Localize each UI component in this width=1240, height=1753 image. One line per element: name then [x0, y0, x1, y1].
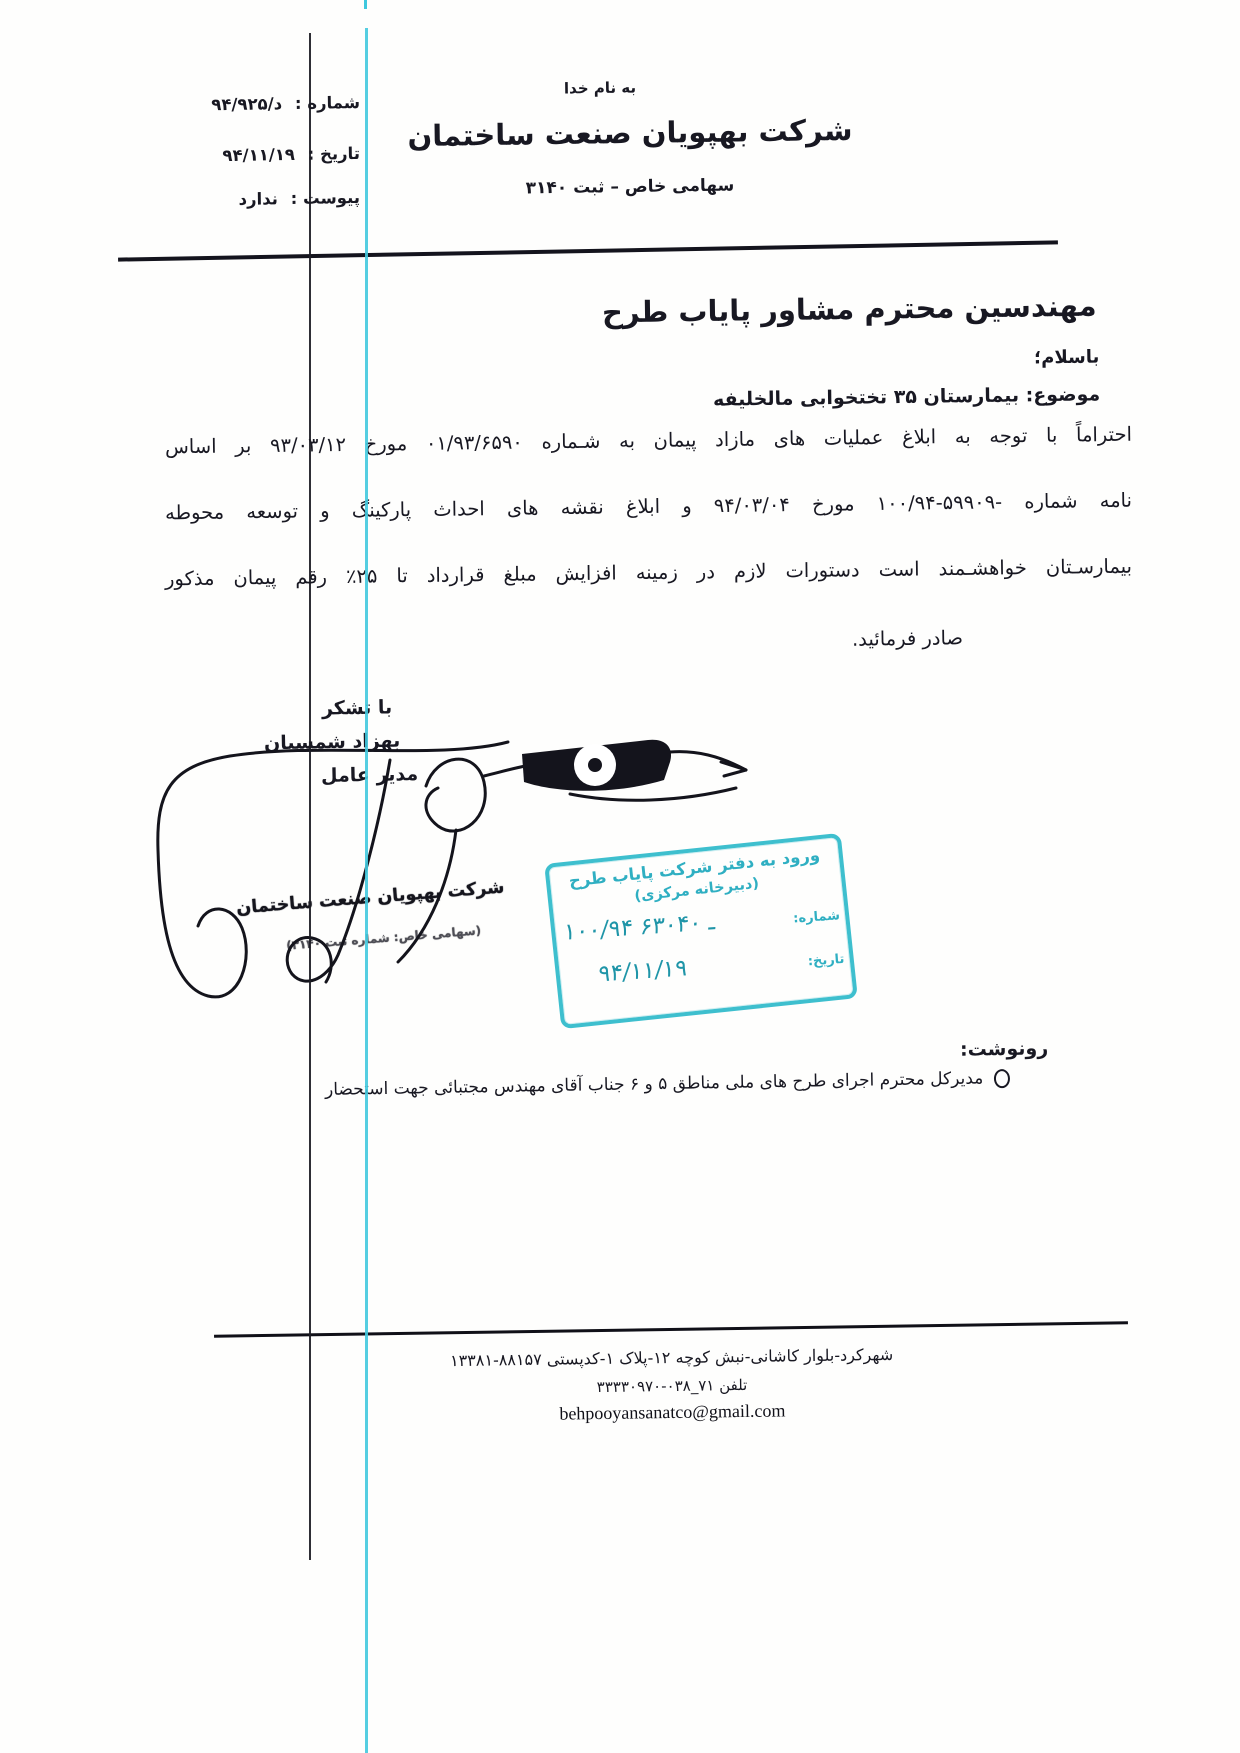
handwritten-signature-scribble [140, 690, 780, 1020]
letter-date-value: ۹۴/۱۱/۱۹ [222, 145, 295, 165]
letter-number-row: شماره : ۹۴/د/۹۲۵ [100, 93, 360, 116]
letter-attachment-row: پیوست : ندارد [100, 188, 360, 211]
letter-number-value: ۹۴/د/۹۲۵ [211, 94, 282, 114]
scan-fold-line-cyan-top [364, 0, 367, 9]
recipient-title: مهندسین محترم مشاور پایاب طرح [602, 289, 1097, 330]
letter-date-row: تاریخ : ۹۴/۱۱/۱۹ [100, 144, 360, 167]
letter-attachment-value: ندارد [238, 189, 278, 209]
salutation: باسلام؛ [1034, 347, 1100, 369]
letter-date-label: تاریخ : [308, 144, 361, 164]
cc-bullet-circle-icon [994, 1069, 1010, 1088]
header-divider-rule [118, 240, 1058, 261]
cc-heading: رونوشت: [960, 1037, 1049, 1060]
footer-phone: تلفن ۷۱_۰۳۸-۳۳۳۳۰۹۷۰ [300, 1372, 1044, 1400]
entry-stamp-date-label: تاریخ: [808, 952, 846, 970]
scan-fold-line-cyan [365, 28, 368, 1753]
footer-address: شهرکرد-بلوار کاشانی-نبش کوچه ۱۲-پلاک ۱-ک… [300, 1343, 1044, 1372]
letter-attachment-label: پیوست : [291, 188, 361, 208]
body-line-4: صادر فرمائید. [852, 626, 963, 650]
subject-line: موضوع: بیمارستان ۳۵ تختخوابی مالخلیفه [713, 383, 1100, 410]
company-name: شرکت بهپویان صنعت ساختمان [360, 112, 900, 154]
scanned-letter-page: شماره : ۹۴/د/۹۲۵ تاریخ : ۹۴/۱۱/۱۹ پیوست … [0, 0, 1240, 1753]
letter-number-label: شماره : [295, 93, 360, 113]
company-registration-subtitle: سهامی خاص – ثبت ۳۱۴۰ [430, 174, 830, 200]
stamp-logo-dot [588, 758, 602, 772]
scan-fold-line-dark [309, 33, 311, 1560]
footer-email: behpooyansanatco@gmail.com [300, 1397, 1044, 1428]
footer-block: شهرکرد-بلوار کاشانی-نبش کوچه ۱۲-پلاک ۱-ک… [300, 1343, 1045, 1428]
bismillah: به نام خدا [480, 77, 720, 98]
cc-item: مدیرکل محترم اجرای طرح های ملی مناطق ۵ و… [325, 1068, 1011, 1100]
footer-divider-rule [214, 1321, 1128, 1338]
cc-item-text: مدیرکل محترم اجرای طرح های ملی مناطق ۵ و… [325, 1068, 984, 1099]
entry-stamp-number-label: شماره: [793, 908, 841, 926]
